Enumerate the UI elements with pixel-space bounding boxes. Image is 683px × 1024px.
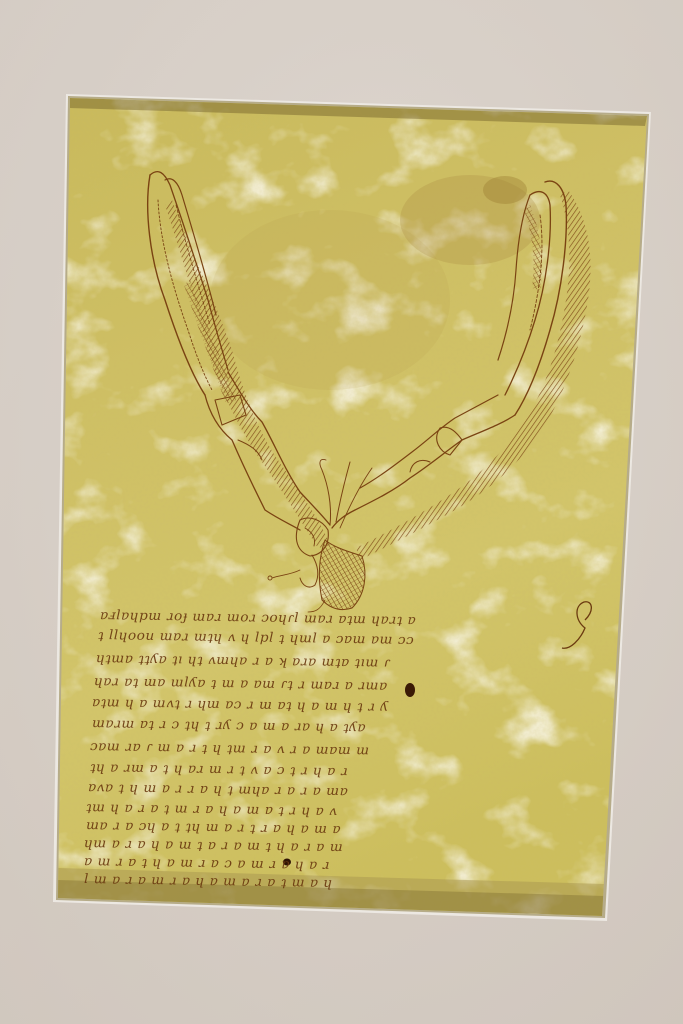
ink-blot: [405, 683, 415, 697]
framed-artwork: [0, 0, 683, 1024]
